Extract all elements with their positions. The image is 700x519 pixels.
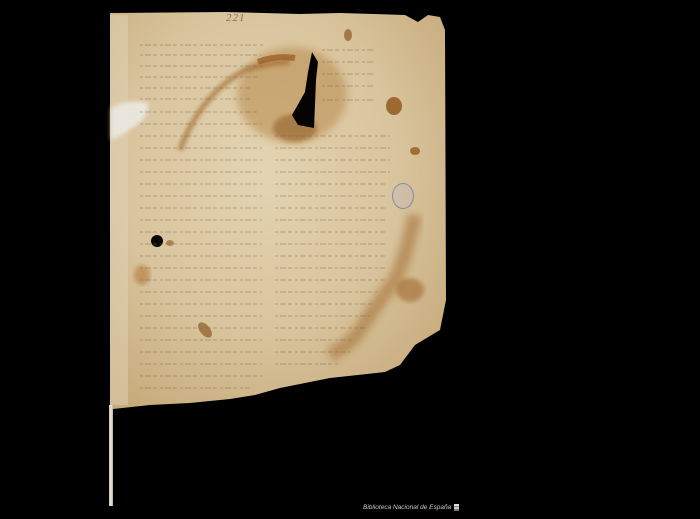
credit-line: Biblioteca Nacional de España [363,504,459,511]
manuscript-leaf [0,0,700,519]
library-stamp-icon [392,183,414,209]
image-viewer: 221 Biblioteca Nacional de España [0,0,700,519]
parchment-strip [109,405,113,506]
bne-logo-icon [454,504,459,511]
folio-number: 221 [226,12,246,24]
credit-text: Biblioteca Nacional de España [363,504,451,511]
